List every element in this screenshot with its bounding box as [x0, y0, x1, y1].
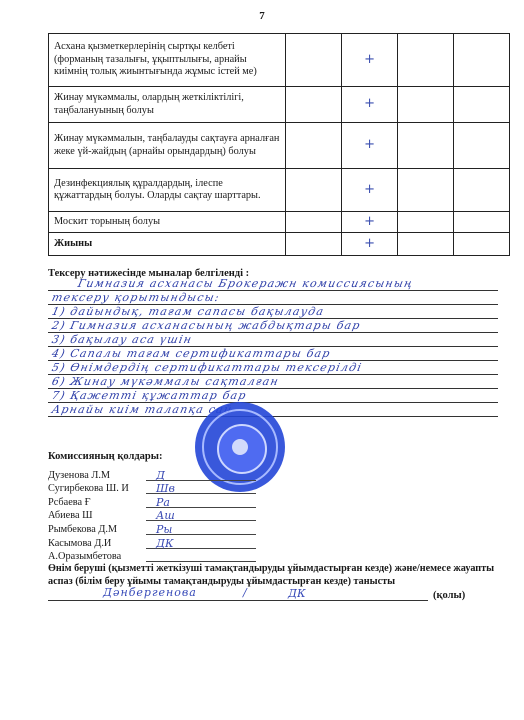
checklist-mark-cell: [454, 169, 510, 212]
handwritten-line: 4) Сапалы тағам сертификаттары бар: [48, 347, 498, 361]
member-signature-line: Аш: [146, 509, 256, 521]
member-signature: Ра: [156, 496, 170, 509]
commission-title: Комиссияның қолдары:: [48, 451, 162, 462]
member-signature-line: Д: [146, 469, 256, 481]
member-name: Рсбаева Ғ: [48, 497, 146, 508]
checklist-row-label: Жинау мүкәммалы, олардың жеткіліктілігі,…: [49, 87, 286, 123]
member-name: Сугирбекова Ш. И: [48, 483, 146, 494]
member-name: Абиева Ш: [48, 510, 146, 521]
acknowledgement-signature: ДК: [288, 587, 305, 600]
member-signature: ДК: [156, 537, 173, 550]
page-number: 7: [0, 10, 524, 22]
handwritten-text: 6) Жинау мүкәммалы сақталған: [51, 375, 281, 388]
handwritten-line: 1) дайындық, тағам сапасы бақылауда: [48, 305, 498, 319]
handwritten-text: Арнайы киім талапқа сай: [51, 403, 234, 416]
commission-member: Касымова Д.ИДК: [48, 535, 256, 549]
signature-label: (қолы): [433, 590, 465, 601]
member-signature-line: [146, 550, 256, 562]
checklist-mark-cell: [285, 212, 341, 233]
handwritten-line: тексеру қорытындысы:: [48, 291, 498, 305]
acknowledgement-handwritten-name: Дәнбергенова: [103, 586, 197, 599]
checklist-mark-cell: [398, 233, 454, 256]
checklist-row-label: Жинау мүкәммалын, таңбалауды сақтауға ар…: [49, 123, 286, 169]
checklist-mark-cell: +: [341, 169, 397, 212]
commission-member: Дузенова Л.МД: [48, 467, 256, 481]
checklist-mark-cell: [454, 87, 510, 123]
checklist-mark-cell: [398, 34, 454, 87]
member-signature: Аш: [156, 509, 175, 522]
checklist-mark-cell: [285, 87, 341, 123]
checklist-row: Жинау мүкәммалын, таңбалауды сақтауға ар…: [49, 123, 510, 169]
handwritten-line: Арнайы киім талапқа сай: [48, 403, 498, 417]
checklist-mark-cell: [398, 169, 454, 212]
member-signature: Шв: [156, 482, 175, 495]
commission-member: Рсбаева ҒРа: [48, 494, 256, 508]
commission-member: Абиева ШАш: [48, 508, 256, 522]
member-signature-line: Ры: [146, 523, 256, 535]
checklist-row-label: Дезинфекциялық құралдардың, ілеспе құжат…: [49, 169, 286, 212]
commission-members: Дузенова Л.МДСугирбекова Ш. ИШвРсбаева Ғ…: [48, 467, 256, 562]
checklist-mark-cell: [285, 123, 341, 169]
handwritten-text: 4) Сапалы тағам сертификаттары бар: [51, 347, 332, 360]
handwritten-text: 1) дайындық, тағам сапасы бақылауда: [51, 305, 326, 318]
checklist-mark-cell: [454, 34, 510, 87]
checklist-mark-cell: +: [341, 87, 397, 123]
acknowledgement-signature-line: Дәнбергенова / ДК: [48, 586, 428, 601]
checklist-mark-cell: [398, 212, 454, 233]
handwritten-text: 3) бақылау аса үшін: [51, 333, 194, 346]
checklist-row: Жинау мүкәммалы, олардың жеткіліктілігі,…: [49, 87, 510, 123]
checklist-mark-cell: +: [341, 212, 397, 233]
handwritten-text: Гимназия асханасы Брокеражн комиссиясыны…: [77, 277, 415, 290]
handwritten-line: 2) Гимназия асханасының жабдықтары бар: [48, 319, 498, 333]
handwritten-text: 5) Өнімдердің сертификаттары тексерілді: [51, 361, 364, 374]
checklist-row-label: Москит торының болуы: [49, 212, 286, 233]
checklist-row-label: Жиыны: [49, 233, 286, 256]
checklist-mark-cell: [285, 233, 341, 256]
handwritten-line: 6) Жинау мүкәммалы сақталған: [48, 375, 498, 389]
findings-handwritten-lines: Гимназия асханасы Брокеражн комиссиясыны…: [48, 277, 498, 417]
checklist-table: Асхана қызметкерлерінің сыртқы келбеті (…: [48, 33, 510, 256]
checklist-mark-cell: [398, 87, 454, 123]
checklist-row: Жиыны+: [49, 233, 510, 256]
checklist-mark-cell: +: [341, 123, 397, 169]
handwritten-text: 2) Гимназия асханасының жабдықтары бар: [51, 319, 362, 332]
acknowledgement-handwritten-mark: /: [243, 586, 247, 599]
checklist-mark-cell: +: [341, 34, 397, 87]
checklist-mark-cell: [285, 34, 341, 87]
member-signature-line: Шв: [146, 482, 256, 494]
member-name: Касымова Д.И: [48, 538, 146, 549]
checklist-mark-cell: [285, 169, 341, 212]
checklist-mark-cell: [454, 233, 510, 256]
handwritten-line: Гимназия асханасы Брокеражн комиссиясыны…: [48, 277, 498, 291]
acknowledgement-text: Өнім беруші (қызметті жеткізуші тамақтан…: [48, 563, 508, 588]
commission-member: Сугирбекова Ш. ИШв: [48, 481, 256, 495]
member-signature: Ры: [156, 523, 172, 536]
member-signature-line: ДК: [146, 537, 256, 549]
handwritten-line: 5) Өнімдердің сертификаттары тексерілді: [48, 361, 498, 375]
commission-member: Рымбекова Д.МРы: [48, 521, 256, 535]
commission-member: А.Оразымбетова: [48, 549, 256, 563]
stamp-center: [232, 439, 248, 455]
member-signature: Д: [156, 469, 165, 482]
checklist-row: Москит торының болуы+: [49, 212, 510, 233]
handwritten-line: 3) бақылау аса үшін: [48, 333, 498, 347]
checklist-mark-cell: [454, 123, 510, 169]
member-signature-line: Ра: [146, 496, 256, 508]
handwritten-line: 7) Қажетті құжаттар бар: [48, 389, 498, 403]
checklist-row: Асхана қызметкерлерінің сыртқы келбеті (…: [49, 34, 510, 87]
checklist-mark-cell: [454, 212, 510, 233]
checklist-row: Дезинфекциялық құралдардың, ілеспе құжат…: [49, 169, 510, 212]
member-name: Рымбекова Д.М: [48, 524, 146, 535]
handwritten-text: тексеру қорытындысы:: [51, 291, 222, 304]
member-name: А.Оразымбетова: [48, 551, 146, 562]
checklist-mark-cell: [398, 123, 454, 169]
checklist-mark-cell: +: [341, 233, 397, 256]
handwritten-text: 7) Қажетті құжаттар бар: [51, 389, 248, 402]
member-name: Дузенова Л.М: [48, 470, 146, 481]
checklist-row-label: Асхана қызметкерлерінің сыртқы келбеті (…: [49, 34, 286, 87]
